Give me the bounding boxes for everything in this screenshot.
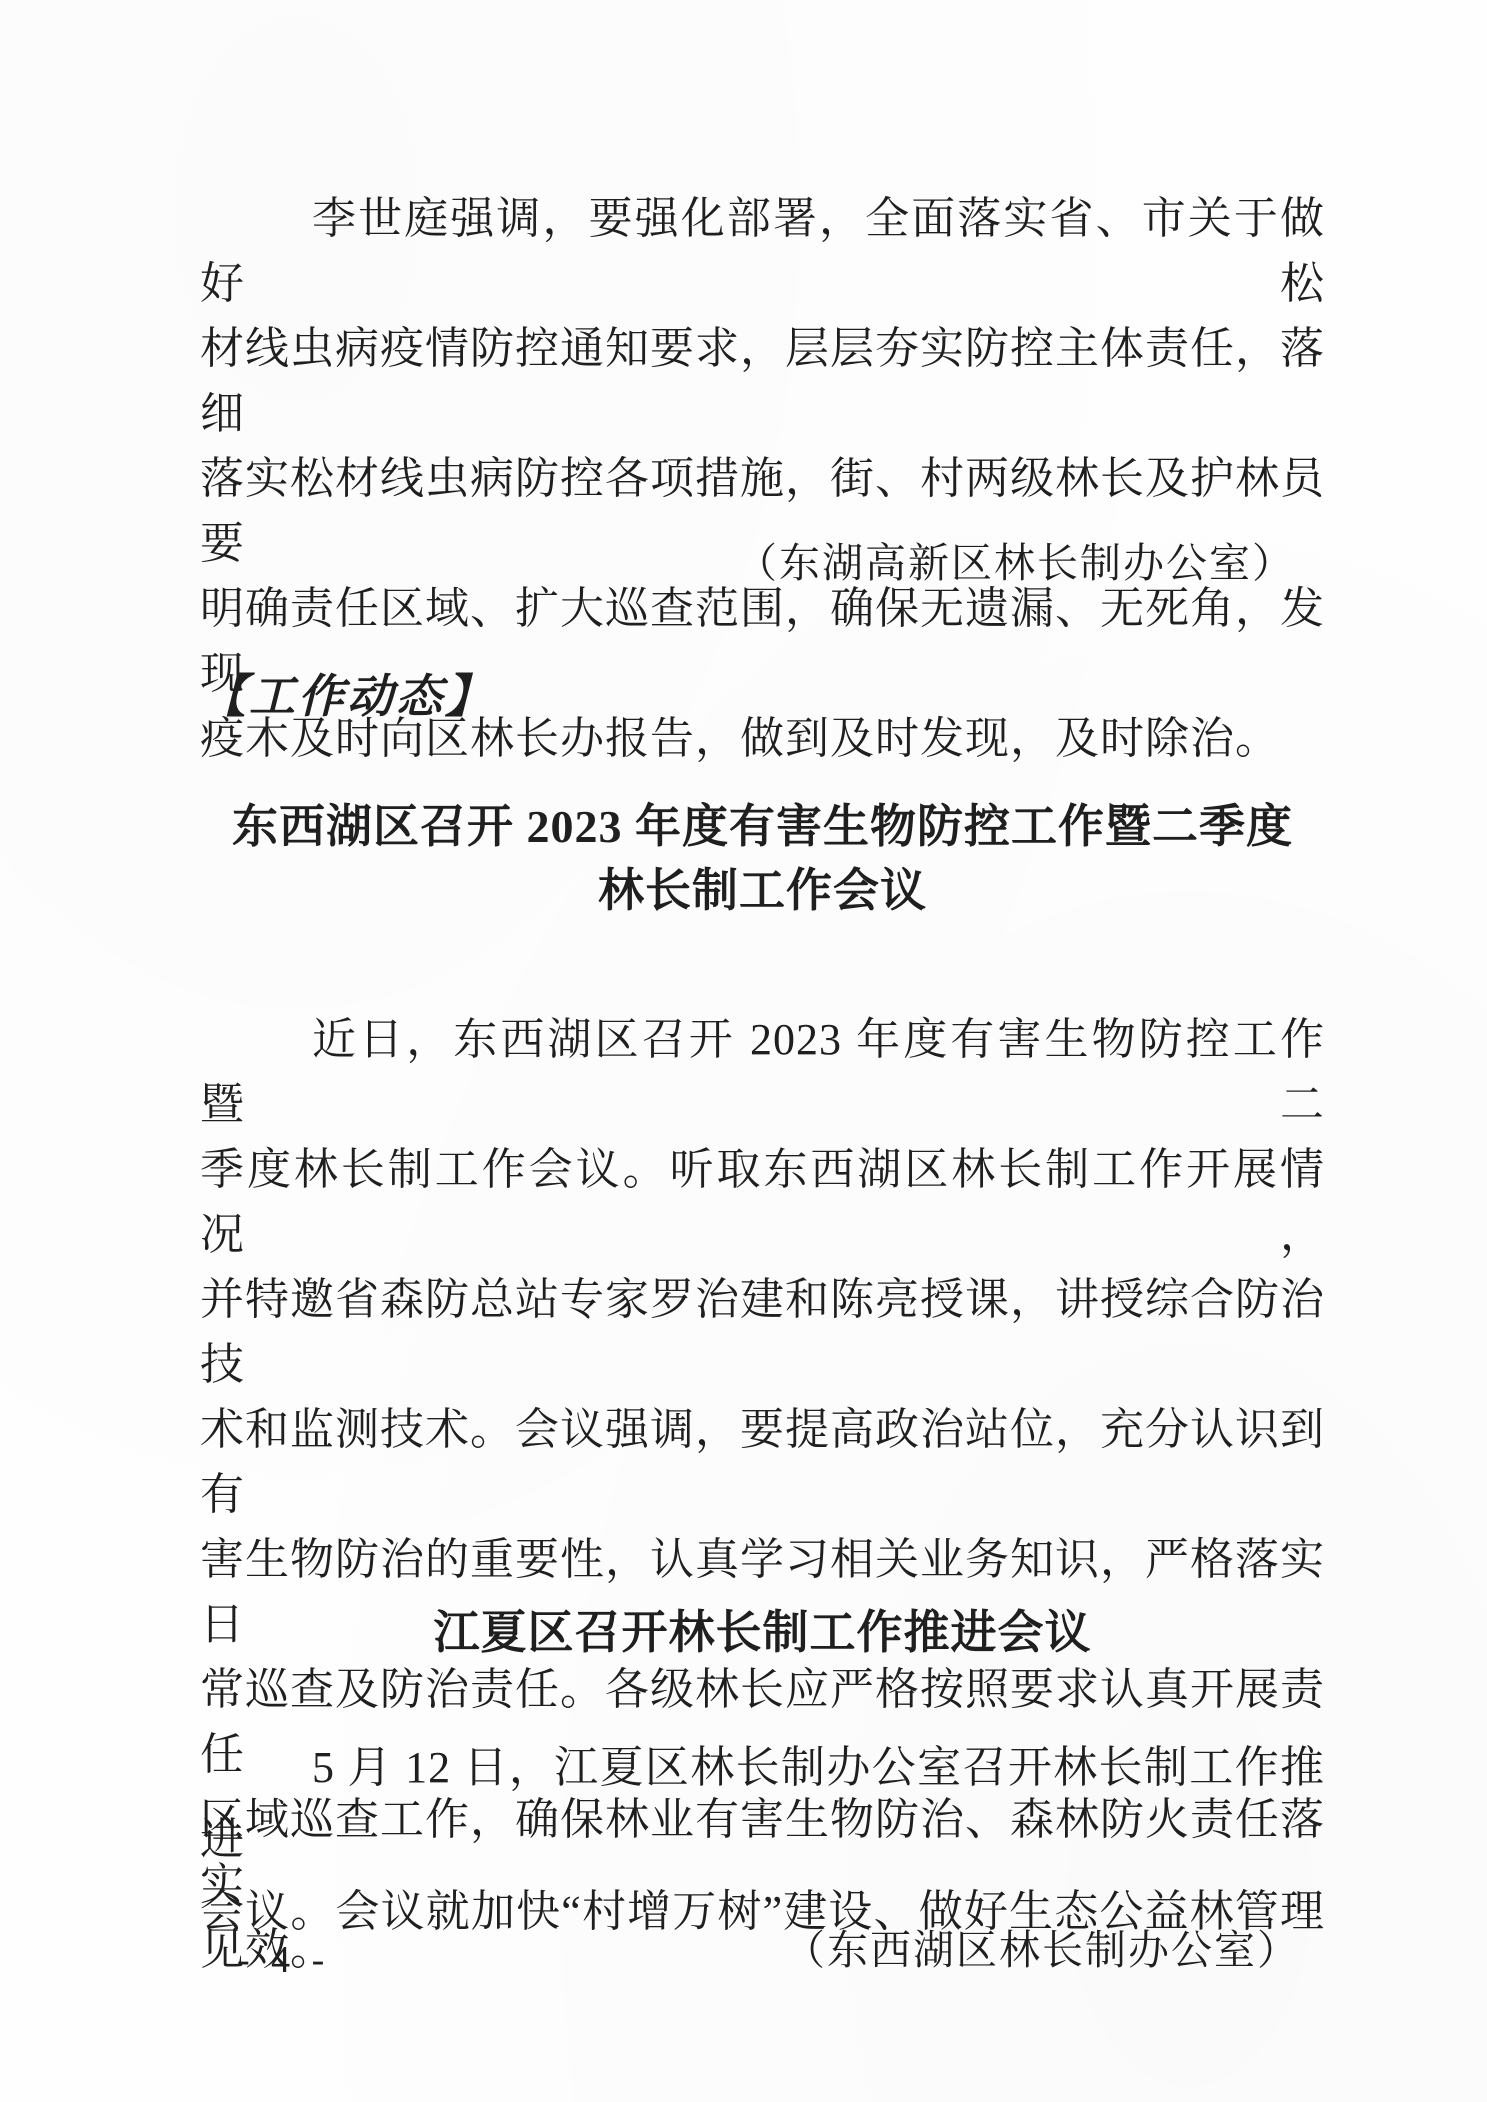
body-line: 季度林长制工作会议。听取东西湖区林长制工作开展情况，	[200, 1137, 1325, 1267]
page-number: - 4 -	[237, 1938, 330, 1982]
section-label-work-updates: 【工作动态】	[200, 660, 1325, 726]
body-line: 近日，东西湖区召开 2023 年度有害生物防控工作暨二	[200, 1007, 1325, 1137]
body-line: 并特邀省森防总站专家罗治建和陈亮授课，讲授综合防治技	[200, 1267, 1325, 1397]
article1-title: 东西湖区召开 2023 年度有害生物防控工作暨二季度 林长制工作会议	[200, 795, 1325, 923]
body-line: 5 月 12 日，江夏区林长制办公室召开林长制工作推进	[200, 1732, 1325, 1876]
body-line: 会议。会议就加快“村增万树”建设、做好生态公益林管理	[200, 1876, 1325, 1948]
document-page: 李世庭强调，要强化部署，全面落实省、市关于做好松 材线虫病疫情防控通知要求，层层…	[0, 0, 1487, 2102]
article2-title: 江夏区召开林长制工作推进会议	[200, 1601, 1325, 1665]
paragraph-jiangxia: 5 月 12 日，江夏区林长制办公室召开林长制工作推进 会议。会议就加快“村增万…	[200, 1732, 1325, 1948]
article1-title-line1: 东西湖区召开 2023 年度有害生物防控工作暨二季度	[200, 795, 1325, 859]
article1-title-line2: 林长制工作会议	[200, 859, 1325, 923]
attribution-donghu-office: （东湖高新区林长制办公室）	[200, 533, 1295, 593]
body-line: 李世庭强调，要强化部署，全面落实省、市关于做好松	[200, 186, 1325, 316]
body-line: 术和监测技术。会议强调，要提高政治站位，充分认识到有	[200, 1397, 1325, 1527]
body-line: 材线虫病疫情防控通知要求，层层夯实防控主体责任，落细	[200, 316, 1325, 446]
